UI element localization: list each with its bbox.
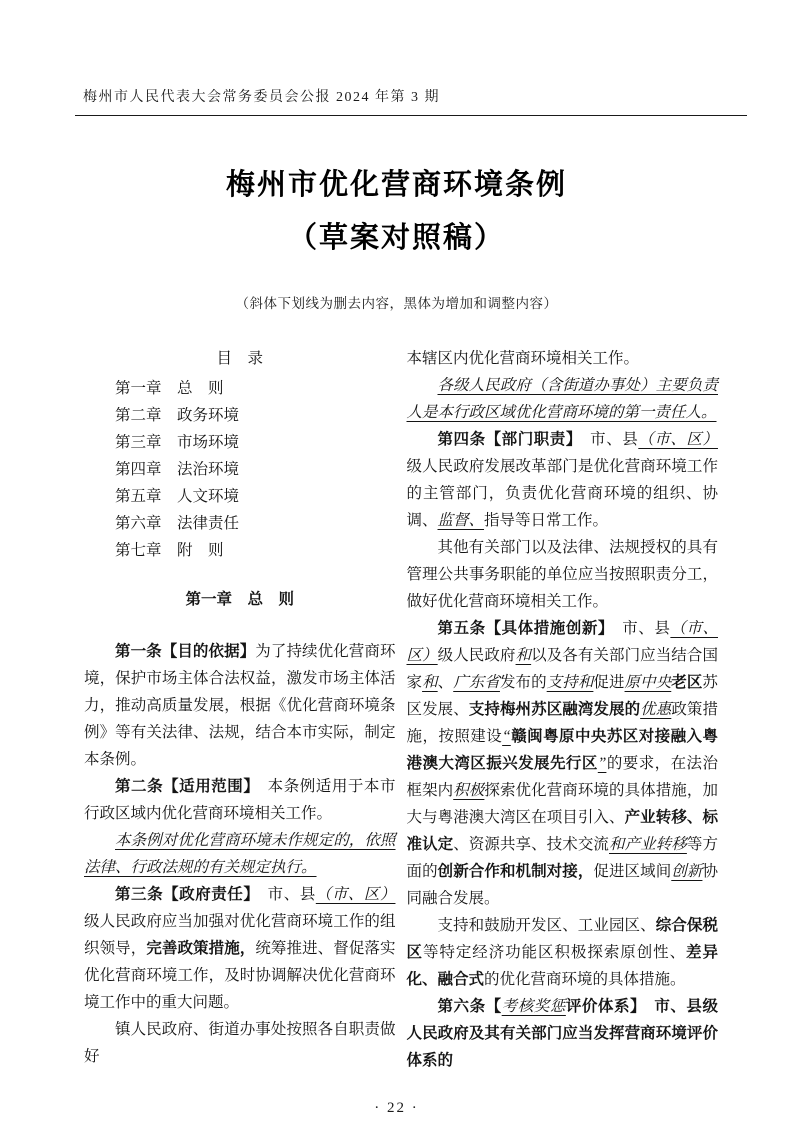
toc-title: 目 录 bbox=[84, 345, 396, 372]
text-segment-d: （市、区） bbox=[316, 886, 396, 903]
toc-item: 第五章 人文环境 bbox=[115, 483, 396, 510]
paragraph: 本辖区内优化营商环境相关工作。 bbox=[407, 345, 719, 372]
toc-item: 第一章 总 则 bbox=[115, 375, 396, 402]
text-segment-n: 其他有关部门以及法律、法规授权的具有管理公共事务职能的单位应当按照职责分工，做好… bbox=[407, 539, 719, 610]
formatting-note: （斜体下划线为删去内容，黑体为增加和调整内容） bbox=[0, 292, 793, 312]
text-segment-b: 第一条【目的依据】 bbox=[115, 643, 255, 660]
text-segment-b: 老区 bbox=[671, 674, 702, 691]
document-subtitle: （草案对照稿） bbox=[0, 215, 793, 256]
toc-item: 第七章 附 则 bbox=[115, 537, 396, 564]
paragraph: 各级人民政府（含街道办事处）主要负责人是本行政区域优化营商环境的第一责任人。 bbox=[407, 372, 719, 426]
publication-header: 梅州市人民代表大会常务委员会公报 2024 年第 3 期 bbox=[83, 86, 747, 106]
paragraph: 第二条【适用范围】 本条例适用于本市行政区域内优化营商环境相关工作。 bbox=[84, 773, 396, 827]
toc-item: 第三章 市场环境 bbox=[115, 429, 396, 456]
text-segment-d: 和 bbox=[422, 674, 438, 691]
left-column-paragraphs: 第一条【目的依据】为了持续优化营商环境，保护市场主体合法权益，激发市场主体活力，… bbox=[84, 638, 396, 1070]
text-segment-b: 创新合作和机制对接， bbox=[438, 863, 594, 880]
chapter-heading: 第一章 总 则 bbox=[84, 586, 396, 613]
text-segment-d: 支持和 bbox=[547, 674, 594, 691]
document-title: 梅州市优化营商环境条例 bbox=[0, 162, 793, 203]
paragraph: 其他有关部门以及法律、法规授权的具有管理公共事务职能的单位应当按照职责分工，做好… bbox=[407, 534, 719, 615]
toc-item: 第二章 政务环境 bbox=[115, 402, 396, 429]
right-column-paragraphs: 本辖区内优化营商环境相关工作。各级人民政府（含街道办事处）主要负责人是本行政区域… bbox=[407, 345, 719, 1074]
text-segment-d: 创新 bbox=[671, 863, 702, 880]
text-segment-b: 第二条【适用范围】 bbox=[115, 778, 252, 795]
text-segment-n: 的优化营商环境的具体措施。 bbox=[484, 971, 686, 988]
paragraph: 支持和鼓励开发区、工业园区、综合保税区等特定经济功能区积极探索原创性、差异化、融… bbox=[407, 912, 719, 993]
paragraph: 第六条【考核奖惩评价体系】 市、县级人民政府及其有关部门应当发挥营商环境评价体系… bbox=[407, 993, 719, 1074]
text-segment-d: “ bbox=[502, 728, 511, 745]
paragraph: 镇人民政府、街道办事处按照各自职责做好 bbox=[84, 1016, 396, 1070]
text-segment-d: 监督、 bbox=[438, 512, 485, 529]
text-segment-d: 和产业转移 bbox=[609, 836, 687, 853]
text-segment-n: 指导等日常工作。 bbox=[484, 512, 608, 529]
text-segment-d: （市、区） bbox=[638, 431, 718, 448]
page-header: 梅州市人民代表大会常务委员会公报 2024 年第 3 期 bbox=[75, 86, 747, 116]
text-segment-n: 市、县 bbox=[606, 620, 670, 637]
paragraph: 第一条【目的依据】为了持续优化营商环境，保护市场主体合法权益，激发市场主体活力，… bbox=[84, 638, 396, 773]
left-column: 目 录 第一章 总 则第二章 政务环境第三章 市场环境第四章 法治环境第五章 人… bbox=[84, 345, 396, 1074]
text-segment-n: 等特定经济功能区积极探索原创性、 bbox=[423, 944, 686, 961]
toc-item: 第四章 法治环境 bbox=[115, 456, 396, 483]
text-segment-b: 第四条【部门职责】 bbox=[438, 431, 575, 448]
toc-item: 第六章 法律责任 bbox=[115, 510, 396, 537]
text-segment-n: 、 bbox=[438, 674, 454, 691]
text-segment-d: 广东省 bbox=[453, 674, 500, 691]
body-columns: 目 录 第一章 总 则第二章 政务环境第三章 市场环境第四章 法治环境第五章 人… bbox=[84, 345, 718, 1074]
text-segment-d: 本条例对优化营商环境未作规定的，依照法律、行政法规的有关规定执行。 bbox=[84, 832, 396, 876]
text-segment-n: 支持和鼓励开发区、工业园区、 bbox=[438, 917, 656, 934]
text-segment-n: 为了持续优化营商环境，保护市场主体合法权益，激发市场主体活力，推动高质量发展，根… bbox=[84, 643, 396, 768]
paragraph: 第五条【具体措施创新】 市、县（市、区）级人民政府和以及各有关部门应当结合国家和… bbox=[407, 615, 719, 912]
text-segment-b: 第六条【 bbox=[438, 998, 502, 1015]
document-page: 梅州市人民代表大会常务委员会公报 2024 年第 3 期 梅州市优化营商环境条例… bbox=[0, 0, 793, 1122]
text-segment-n: 、资源共享、技术交流 bbox=[453, 836, 609, 853]
text-segment-n: 市、县 bbox=[252, 886, 316, 903]
text-segment-n: 促进区域间 bbox=[593, 863, 671, 880]
text-segment-d: 各级人民政府（含街道办事处）主要负责人是本行政区域优化营商环境的第一责任人。 bbox=[407, 377, 719, 421]
text-segment-d: 积极 bbox=[453, 782, 484, 799]
text-segment-d: 和 bbox=[516, 647, 532, 664]
text-segment-b: 第五条【具体措施创新】 bbox=[438, 620, 607, 637]
text-segment-n: 级人民政府 bbox=[438, 647, 516, 664]
text-segment-n: 促进 bbox=[593, 674, 624, 691]
paragraph: 本条例对优化营商环境未作规定的，依照法律、行政法规的有关规定执行。 bbox=[84, 827, 396, 881]
paragraph: 第四条【部门职责】 市、县（市、区）级人民政府发展改革部门是优化营商环境工作的主… bbox=[407, 426, 719, 534]
right-column: 本辖区内优化营商环境相关工作。各级人民政府（含街道办事处）主要负责人是本行政区域… bbox=[407, 345, 719, 1074]
text-segment-d: 考核奖惩 bbox=[502, 998, 566, 1015]
page-number: · 22 · bbox=[0, 1100, 793, 1117]
text-segment-n: 镇人民政府、街道办事处按照各自职责做好 bbox=[84, 1021, 396, 1065]
paragraph: 第三条【政府责任】 市、县（市、区）级人民政府应当加强对优化营商环境工作的组织领… bbox=[84, 881, 396, 1016]
text-segment-d: 原中央 bbox=[625, 674, 672, 691]
text-segment-n: 本辖区内优化营商环境相关工作。 bbox=[407, 350, 640, 367]
text-segment-b: 第三条【政府责任】 bbox=[115, 886, 252, 903]
text-segment-n: 发布的 bbox=[500, 674, 547, 691]
toc-list: 第一章 总 则第二章 政务环境第三章 市场环境第四章 法治环境第五章 人文环境第… bbox=[84, 375, 396, 564]
text-segment-b: 支持梅州苏区融湾发展的 bbox=[469, 701, 640, 718]
text-segment-n: 市、县 bbox=[574, 431, 638, 448]
text-segment-d: 优惠 bbox=[640, 701, 671, 718]
text-segment-b: 完善政策措施， bbox=[146, 940, 255, 957]
text-segment-b: 评价体系】 bbox=[566, 998, 638, 1015]
